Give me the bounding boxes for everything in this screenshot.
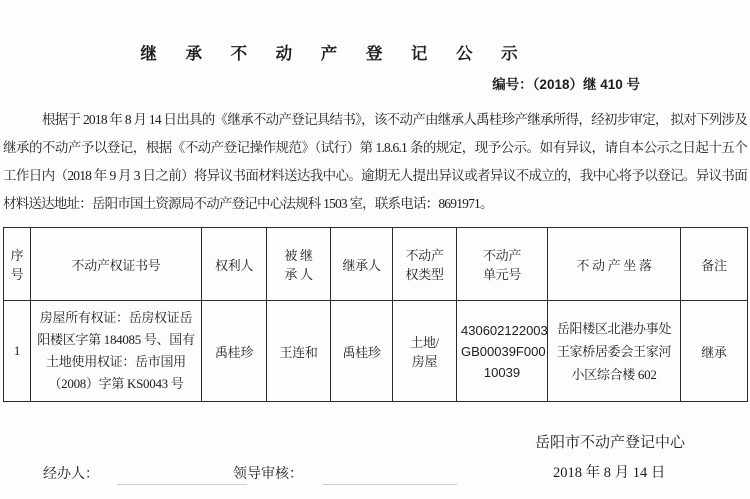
header-location: 不 动 产 坐 落 bbox=[548, 228, 681, 301]
notice-paragraph: 根据于 2018 年 8 月 14 日出具的《继承不动产登记具结书》，该不动产由… bbox=[3, 106, 747, 218]
issue-date: 2018 年 8 月 14 日 bbox=[553, 461, 665, 482]
header-decedent: 被 继 承 人 bbox=[267, 228, 331, 301]
cell-property-type: 土地/ 房屋 bbox=[393, 301, 457, 402]
handler-signature-line bbox=[117, 484, 247, 485]
cell-unit-no: 430602122003 GB00039F000 10039 bbox=[457, 301, 548, 402]
notice-paragraph-line: 工作日内（2018 年 9 月 3 日之前）将异议书面材料送达我中心。逾期无人提… bbox=[3, 162, 747, 190]
notice-paragraph-line: 材料送达地址：岳阳市国土资源局不动产登记中心法规科 1503 室，联系电话：86… bbox=[3, 190, 747, 218]
header-remark: 备注 bbox=[681, 228, 748, 301]
serial-number: 编号：（2018）继 410 号 bbox=[492, 73, 640, 93]
header-property-type: 不动产 权类型 bbox=[393, 228, 457, 301]
cell-heir: 禹桂珍 bbox=[331, 301, 393, 402]
notice-paragraph-line: 继承的不动产予以登记，根据《不动产登记操作规范》（试行）第 1.8.6.1 条的… bbox=[3, 134, 747, 162]
registration-table: 序 号 不动产权证书号 权利人 被 继 承 人 继承人 不动产 权类型 不动产 … bbox=[3, 227, 748, 402]
notice-paragraph-line: 根据于 2018 年 8 月 14 日出具的《继承不动产登记具结书》，该不动产由… bbox=[3, 106, 747, 134]
issuing-org-name: 岳阳市不动产登记中心 bbox=[535, 431, 685, 452]
document-page: 继 承 不 动 产 登 记 公 示 编号：（2018）继 410 号 根据于 2… bbox=[0, 0, 750, 499]
cell-seq: 1 bbox=[4, 301, 31, 402]
table-row: 1 房屋所有权证：岳房权证岳阳楼区字第 184085 号、国有土地使用权证：岳市… bbox=[4, 301, 748, 402]
cell-certificate-no: 房屋所有权证：岳房权证岳阳楼区字第 184085 号、国有土地使用权证：岳市国用… bbox=[31, 301, 202, 402]
cell-right-holder: 禹桂珍 bbox=[202, 301, 267, 402]
cell-decedent: 王连和 bbox=[267, 301, 331, 402]
cell-location: 岳阳楼区北港办事处王家桥居委会王家河小区综合楼 602 bbox=[548, 301, 681, 402]
header-seq: 序 号 bbox=[4, 228, 31, 301]
reviewer-signature-line bbox=[323, 484, 457, 485]
handler-label: 经办人： bbox=[43, 463, 99, 483]
header-heir: 继承人 bbox=[331, 228, 393, 301]
cell-remark: 继承 bbox=[681, 301, 748, 402]
header-unit-no: 不动产 单元号 bbox=[457, 228, 548, 301]
table-header-row: 序 号 不动产权证书号 权利人 被 继 承 人 继承人 不动产 权类型 不动产 … bbox=[4, 228, 748, 301]
header-right-holder: 权利人 bbox=[202, 228, 267, 301]
header-certificate-no: 不动产权证书号 bbox=[31, 228, 202, 301]
page-title: 继 承 不 动 产 登 记 公 示 bbox=[0, 40, 670, 64]
reviewer-label: 领导审核： bbox=[233, 463, 303, 483]
